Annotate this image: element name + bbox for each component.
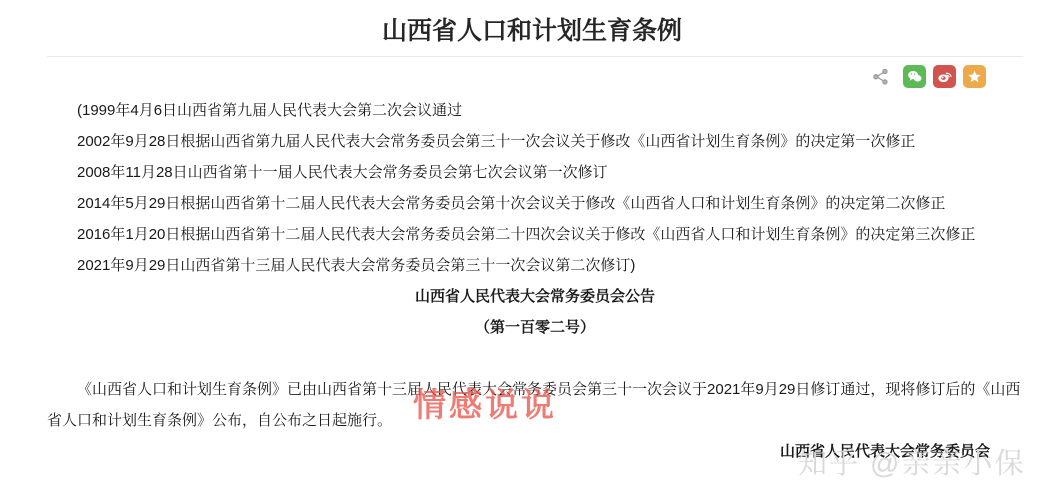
announcement-number: （第一百零二号）: [47, 312, 1023, 343]
wechat-icon: [906, 68, 923, 85]
signature-line: 山西省人民代表大会常务委员会: [47, 436, 1023, 467]
star-icon: [967, 69, 982, 84]
history-line: 2002年9月28日根据山西省第九届人民代表大会常务委员会第三十一次会议关于修改…: [47, 126, 1023, 157]
document-body: (1999年4月6日山西省第九届人民代表大会第二次会议通过 2002年9月28日…: [47, 95, 1023, 467]
body-paragraph: 《山西省人口和计划生育条例》已由山西省第十三届人民代表大会常务委员会第三十一次会…: [47, 374, 1023, 436]
history-line: 2008年11月28日山西省第十一届人民代表大会常务委员会第七次会议第一次修订: [47, 157, 1023, 188]
title-divider: [47, 56, 1023, 57]
announcement-title: 山西省人民代表大会常务委员会公告: [47, 281, 1023, 312]
blank-line: [47, 343, 1023, 374]
share-toolbar: [0, 64, 1064, 88]
share-icon[interactable]: [870, 66, 890, 86]
weibo-share-button[interactable]: [933, 65, 956, 88]
history-line: 2021年9月29日山西省第十三届人民代表大会常务委员会第三十一次会议第二次修订…: [47, 250, 1023, 281]
history-line: 2014年5月29日根据山西省第十二届人民代表大会常务委员会第十次会议关于修改《…: [47, 188, 1023, 219]
favorite-share-button[interactable]: [963, 65, 986, 88]
page-title: 山西省人口和计划生育条例: [0, 0, 1064, 48]
history-line: (1999年4月6日山西省第九届人民代表大会第二次会议通过: [47, 95, 1023, 126]
wechat-share-button[interactable]: [903, 65, 926, 88]
history-line: 2016年1月20日根据山西省第十二届人民代表大会常务委员会第二十四次会议关于修…: [47, 219, 1023, 250]
article-page: 山西省人口和计划生育条例: [0, 0, 1064, 500]
weibo-icon: [936, 68, 953, 85]
